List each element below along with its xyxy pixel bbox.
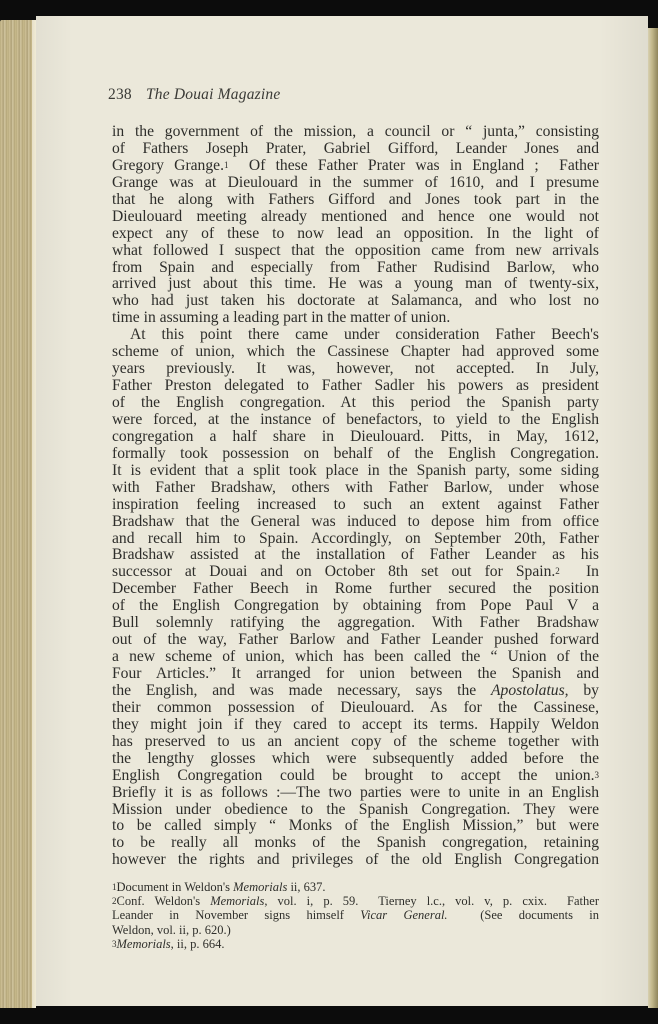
footnote-line: Weldon, vol. ii, p. 620.) (112, 923, 599, 937)
line-text: Briefly it is as follows :—The two parti… (112, 784, 599, 801)
footnote-text: (See documents in (448, 908, 599, 922)
line-text: that he along with Fathers Gifford and J… (112, 191, 599, 208)
text-line: their common possession of Dieulouard. A… (112, 700, 599, 717)
line-text: time in assuming a leading part in the m… (112, 309, 450, 326)
text-line: Bradshaw that the General was induced to… (112, 514, 599, 531)
footnotes: 1Document in Weldon's Memorials ii, 637.… (112, 880, 599, 951)
text-line: of the English congregation. At this per… (112, 395, 599, 412)
line-text: Grange was at Dieulouard in the summer o… (112, 174, 599, 191)
footnote-text: Conf. Weldon's (117, 894, 211, 908)
line-text: to be called simply “ Monks of the Engli… (112, 817, 599, 834)
text-line: Bradshaw assisted at the installation of… (112, 547, 599, 564)
text-line: Gregory Grange.1 Of these Father Prater … (112, 158, 599, 175)
line-text: Gregory Grange. (112, 157, 224, 174)
text-line: who had just taken his doctorate at Sala… (112, 293, 599, 310)
footnote-line: 1Document in Weldon's Memorials ii, 637. (112, 880, 599, 894)
body-text: in the government of the mission, a coun… (112, 124, 599, 869)
footnote-text: Weldon, vol. ii, p. 620.) (112, 923, 231, 937)
line-text: the lengthy glosses which were subsequen… (112, 750, 599, 767)
line-text: successor at Douai and on October 8th se… (112, 563, 555, 580)
line-text: years previously. It was, however, not a… (112, 360, 599, 377)
line-text: Bradshaw assisted at the installation of… (112, 546, 599, 563)
text-line: Briefly it is as follows :—The two parti… (112, 785, 599, 802)
book-page-edge-right (648, 28, 658, 1008)
line-text: who had just taken his doctorate at Sala… (112, 292, 599, 309)
text-line: to be really all monks of the Spanish co… (112, 835, 599, 852)
text-line: were forced, at the instance of benefact… (112, 412, 599, 429)
text-line: arrived just about this time. He was a y… (112, 276, 599, 293)
line-text: of the English congregation. At this per… (112, 394, 599, 411)
text-line: and recall him to Spain. Accordingly, on… (112, 531, 599, 548)
line-text: It is evident that a split took place in… (112, 462, 599, 479)
footnote-reference[interactable]: 1 (224, 160, 229, 170)
text-line: Father Preston delegated to Father Sadle… (112, 378, 599, 395)
line-text: formally took possession on behalf of th… (112, 445, 599, 462)
text-line: inspiration feeling increased to such an… (112, 497, 599, 514)
publication-title: The Douai Magazine (146, 86, 280, 103)
line-text: arrived just about this time. He was a y… (112, 275, 599, 292)
text-line: years previously. It was, however, not a… (112, 361, 599, 378)
text-line: from Spain and especially from Father Ru… (112, 260, 599, 277)
footnote-text: , ii, p. 664. (171, 937, 225, 951)
line-text: Bull solemnly ratifying the aggregation.… (112, 614, 599, 631)
text-line: Mission under obedience to the Spanish C… (112, 802, 599, 819)
text-line: formally took possession on behalf of th… (112, 446, 599, 463)
text-line: the lengthy glosses which were subsequen… (112, 751, 599, 768)
line-text: Bradshaw that the General was induced to… (112, 513, 599, 530)
line-text: of Fathers Joseph Prater, Gabriel Giffor… (112, 140, 599, 157)
footnote-text: Leander in November signs himself (112, 908, 360, 922)
cited-work: Memorials (233, 880, 287, 894)
footnote-line: Leander in November signs himself Vicar … (112, 908, 599, 922)
line-text-continued: Of these Father Prater was in England ; … (228, 157, 599, 174)
text-line: expect any of these to now lead an oppos… (112, 226, 599, 243)
text-line: scheme of union, which the Cassinese Cha… (112, 344, 599, 361)
text-line: It is evident that a split took place in… (112, 463, 599, 480)
text-line: Grange was at Dieulouard in the summer o… (112, 175, 599, 192)
line-text: were forced, at the instance of benefact… (112, 411, 599, 428)
text-line: Bull solemnly ratifying the aggregation.… (112, 615, 599, 632)
line-text: expect any of these to now lead an oppos… (112, 225, 599, 242)
cited-work: Vicar General. (360, 908, 447, 922)
footnote-line: 3Memorials, ii, p. 664. (112, 937, 599, 951)
line-text: Dieulouard meeting already mentioned and… (112, 208, 599, 225)
line-text: scheme of union, which the Cassinese Cha… (112, 343, 599, 360)
line-text: Mission under obedience to the Spanish C… (112, 801, 599, 818)
footnote-text: , vol. i, p. 59. Tierney l.c., vol. v, p… (264, 894, 599, 908)
text-line: to be called simply “ Monks of the Engli… (112, 818, 599, 835)
text-line: Dieulouard meeting already mentioned and… (112, 209, 599, 226)
line-text: a new scheme of union, which has been ca… (112, 648, 599, 665)
text-line: Four Articles.” It arranged for union be… (112, 666, 599, 683)
footnote-reference[interactable]: 2 (555, 566, 560, 576)
book-page-edges-left (0, 20, 36, 1008)
line-text: At this point there came under considera… (130, 326, 599, 343)
text-line: At this point there came under considera… (112, 327, 599, 344)
running-head: 238 The Douai Magazine (108, 86, 280, 104)
page-number: 238 (108, 86, 132, 103)
line-text: of the English Congregation by obtaining… (112, 597, 599, 614)
cited-work: Memorials (210, 894, 264, 908)
line-text-continued: In (560, 563, 599, 580)
line-text: however the rights and privileges of the… (112, 851, 599, 868)
text-line: congregation a half share in Dieulouard.… (112, 429, 599, 446)
text-line: has preserved to us an ancient copy of t… (112, 734, 599, 751)
italic-title: Apostolatus, (491, 682, 569, 699)
text-line: what followed I suspect that the opposit… (112, 243, 599, 260)
text-line: in the government of the mission, a coun… (112, 124, 599, 141)
footnote-text: Document in Weldon's (117, 880, 234, 894)
text-line: a new scheme of union, which has been ca… (112, 649, 599, 666)
text-line: of the English Congregation by obtaining… (112, 598, 599, 615)
footnote-reference[interactable]: 3 (595, 770, 600, 780)
line-text: with Father Bradshaw, others with Father… (112, 479, 599, 496)
text-line: English Congregation could be brought to… (112, 768, 599, 785)
line-text-continued: by (569, 682, 599, 699)
text-line: time in assuming a leading part in the m… (112, 310, 599, 327)
line-text: December Father Beech in Rome further se… (112, 580, 599, 597)
line-text: inspiration feeling increased to such an… (112, 496, 599, 513)
line-text: and recall him to Spain. Accordingly, on… (112, 530, 599, 547)
footnote-text: ii, 637. (287, 880, 325, 894)
cited-work: Memorials (117, 937, 171, 951)
text-line: out of the way, Father Barlow and Father… (112, 632, 599, 649)
footnote-line: 2Conf. Weldon's Memorials, vol. i, p. 59… (112, 894, 599, 908)
text-line: however the rights and privileges of the… (112, 852, 599, 869)
line-text: Father Preston delegated to Father Sadle… (112, 377, 599, 394)
line-text: to be really all monks of the Spanish co… (112, 834, 599, 851)
line-text: Four Articles.” It arranged for union be… (112, 665, 599, 682)
text-line: they might join if they cared to accept … (112, 717, 599, 734)
line-text: congregation a half share in Dieulouard.… (112, 428, 599, 445)
text-line: successor at Douai and on October 8th se… (112, 564, 599, 581)
text-line: that he along with Fathers Gifford and J… (112, 192, 599, 209)
line-text: English Congregation could be brought to… (112, 767, 595, 784)
line-text: what followed I suspect that the opposit… (112, 242, 599, 259)
line-text: they might join if they cared to accept … (112, 716, 599, 733)
text-line: of Fathers Joseph Prater, Gabriel Giffor… (112, 141, 599, 158)
line-text: in the government of the mission, a coun… (112, 123, 599, 140)
text-line: the English, and was made necessary, say… (112, 683, 599, 700)
line-text: out of the way, Father Barlow and Father… (112, 631, 599, 648)
line-text: from Spain and especially from Father Ru… (112, 259, 599, 276)
line-text: the English, and was made necessary, say… (112, 682, 491, 699)
text-line: December Father Beech in Rome further se… (112, 581, 599, 598)
line-text: has preserved to us an ancient copy of t… (112, 733, 599, 750)
line-text: their common possession of Dieulouard. A… (112, 699, 599, 716)
text-line: with Father Bradshaw, others with Father… (112, 480, 599, 497)
